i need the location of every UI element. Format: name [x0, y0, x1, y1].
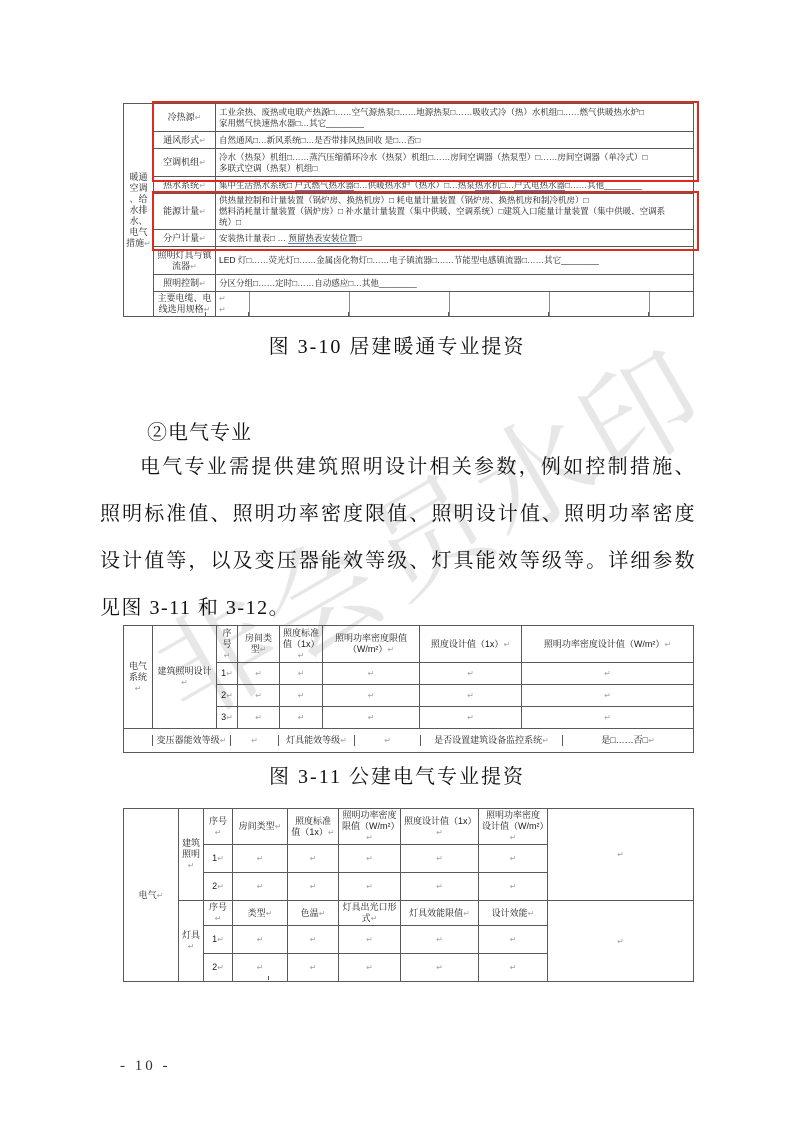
pilcrow-mark: ↵: [503, 640, 510, 649]
table-tick: [448, 312, 449, 316]
pilcrow-mark: ↵: [217, 854, 224, 863]
pilcrow-mark: ↵: [510, 935, 517, 944]
empty-cell: ↵: [323, 707, 420, 729]
public-electrical-table: 电气系统↵ 建筑照明设计↵ 序号↵ 房间类型↵ 照度标准值（1x）↵ 照明功率密…: [123, 625, 694, 753]
cell-line: 冷水（热泵）机组□……蒸汽压缩循环冷水（热泵）机组□……房间空调器（热泵型）□……: [219, 152, 690, 163]
table-tick: [248, 312, 249, 316]
empty-cell: ↵: [339, 873, 401, 901]
pilcrow-mark: ↵: [224, 651, 231, 660]
row-label-hot-water-system: 热水系统↵: [154, 177, 216, 194]
table-tick: [268, 976, 269, 980]
empty-cell: ↵: [339, 845, 401, 873]
table-tick: [205, 312, 206, 316]
cell-text: □…: [500, 180, 514, 190]
pilcrow-mark: ↵: [467, 691, 474, 700]
column-divider: [449, 292, 450, 316]
pilcrow-mark: ↵: [371, 914, 378, 923]
pilcrow-mark: ↵: [368, 669, 375, 678]
label-text: 灯具能效等级: [286, 735, 340, 746]
cell-line: 家用燃气快速热水器□…其它________: [219, 118, 690, 129]
empty-cell: ↵: [401, 845, 479, 873]
row-number-cell: 1↵: [217, 663, 238, 685]
bas-monitoring-options: 是□……否□↵: [562, 735, 693, 746]
header-text: 色温: [301, 908, 319, 918]
header-text: 照度标准值（1x）: [283, 628, 320, 649]
underlined-text: 户式燃气热水器: [295, 180, 355, 191]
building-lighting-section-label: 建筑照明↵: [179, 809, 204, 901]
header-illuminance-design: 照度设计值（1x）↵: [401, 809, 479, 845]
header-seq: 序号↵: [204, 901, 233, 926]
pilcrow-mark: ↵: [310, 963, 317, 972]
pilcrow-mark: ↵: [257, 882, 264, 891]
luminaire-section-label: 灯具↵: [179, 901, 204, 982]
caption-fig-3-10: 图 3-10 居建暖通专业提资: [0, 330, 794, 359]
pilcrow-mark: ↵: [436, 882, 443, 891]
empty-cell: ↵: [479, 954, 548, 982]
header-lpd-design: 照明功率密度设计值（W/m²）↵: [479, 809, 548, 845]
header-text: 照度设计值（1x）: [431, 639, 504, 649]
header-text: 灯具效能限值: [409, 908, 463, 918]
pilcrow-mark: ↵: [463, 909, 470, 918]
header-text: 照度标准值（1x）: [291, 816, 331, 837]
header-seq: 序号↵: [204, 809, 233, 845]
empty-cell: ↵: [548, 809, 694, 901]
pilcrow-mark: ↵: [366, 833, 373, 842]
pilcrow-mark: ↵: [217, 935, 224, 944]
pilcrow-mark: ↵: [255, 669, 262, 678]
header-room-type: 房间类型↵: [238, 626, 280, 663]
pilcrow-mark: ↵: [266, 909, 273, 918]
pilcrow-mark: ↵: [298, 691, 305, 700]
empty-cell: ↵: [288, 954, 339, 982]
pilcrow-mark: ↵: [226, 713, 233, 722]
row-number-cell: 3↵: [217, 707, 238, 729]
pilcrow-mark: ↵: [260, 645, 267, 654]
cell-household-metering: 安装热计量表□ … 预留热表安装位置□: [216, 230, 694, 247]
empty-cell: ↵: [238, 707, 280, 729]
row-label-ac-unit: 空调机组↵: [154, 149, 216, 177]
header-text: 序号: [209, 902, 227, 912]
pilcrow-mark: ↵: [217, 963, 224, 972]
empty-cell: ↵: [548, 901, 694, 982]
pilcrow-mark: ↵: [436, 963, 443, 972]
pilcrow-mark: ↵: [366, 963, 373, 972]
row-number-cell: 1↵: [204, 926, 233, 954]
elec-system-group-label: 电气系统↵: [124, 626, 153, 729]
cell-lighting-control: 分区分组□……定时□……自动感应□…其他________: [216, 275, 694, 292]
empty-cell: ↵: [238, 663, 280, 685]
header-room-type: 房间类型↵: [233, 809, 288, 845]
empty-cell: ↵: [280, 707, 323, 729]
pilcrow-mark: ↵: [528, 909, 535, 918]
empty-cell: ↵: [339, 954, 401, 982]
pilcrow-mark: ↵: [199, 207, 206, 216]
label-text: 是否设置建筑设备监控系统: [434, 735, 542, 746]
row-label-household-metering: 分户计量↵: [154, 230, 216, 247]
header-text: 序号: [222, 628, 231, 649]
cell-lighting-ballast: LED 灯□……荧光灯□……金属卤化物灯□……电子镇流器□……节能型电感镇流器□…: [216, 247, 694, 275]
pilcrow-mark: ↵: [542, 735, 549, 746]
empty-cell: ↵: [401, 954, 479, 982]
header-text: 照明功率密度限值（W/m²）: [335, 633, 407, 654]
header-design-efficacy: 设计效能↵: [479, 901, 548, 926]
pilcrow-mark: ↵: [366, 854, 373, 863]
header-text: 类型: [248, 908, 266, 918]
section-label-text: 建筑照明: [182, 838, 200, 859]
section-label-text: 灯具: [182, 930, 200, 940]
pilcrow-mark: ↵: [190, 262, 197, 271]
pilcrow-mark: ↵: [510, 854, 517, 863]
header-illuminance-standard: 照度标准值（1x）↵: [288, 809, 339, 845]
pilcrow-mark: ↵: [255, 691, 262, 700]
empty-cell: ↵: [280, 685, 323, 707]
empty-cell: ↵: [420, 685, 522, 707]
cell-text: □……其他________: [565, 180, 642, 190]
table-tick: [348, 312, 349, 316]
header-text: 照明功率密度设计值（W/m²）: [482, 810, 549, 831]
empty-cell: ↵: [233, 845, 288, 873]
table-tick: [648, 312, 649, 316]
pilcrow-mark: ↵: [368, 691, 375, 700]
pilcrow-mark: ↵: [219, 294, 226, 303]
cell-line: 分区分组□……定时□……自动感应□…其他________: [219, 278, 690, 289]
header-color-temp: 色温↵: [288, 901, 339, 926]
cell-ventilation: 自然通风□…新风系统□…是否带排风热回收 是□…否□: [216, 132, 694, 149]
pilcrow-mark: ↵: [664, 640, 671, 649]
pilcrow-mark: ↵: [144, 239, 151, 248]
pilcrow-mark: ↵: [255, 713, 262, 722]
document-page: 非会员水印 暖通空调、给水排水、电气措施↵ 冷热源↵ 工业余热、废热或电联产热源…: [0, 0, 794, 1123]
row-number-cell: 2↵: [217, 685, 238, 707]
row-label-text: 热水系统: [163, 180, 199, 190]
pilcrow-mark: ↵: [648, 735, 655, 746]
cell-line: LED 灯□……荧光灯□……金属卤化物灯□……电子镇流器□……节能型电感镇流器□…: [219, 255, 690, 266]
pilcrow-mark: ↵: [181, 678, 188, 687]
header-lpd-limit: 照明功率密度限值（W/m²）↵: [339, 809, 401, 845]
empty-cell: ↵: [401, 873, 479, 901]
pilcrow-mark: ↵: [436, 935, 443, 944]
pilcrow-mark: ↵: [384, 735, 391, 746]
pilcrow-mark: ↵: [251, 735, 258, 746]
pilcrow-mark: ↵: [617, 850, 624, 859]
pilcrow-mark: ↵: [219, 305, 226, 314]
row-label-text: 照明控制: [163, 278, 199, 288]
cell-text: □: [356, 233, 361, 243]
hvac-group-label-text: 暖通空调、给水排水、电气措施: [126, 172, 147, 248]
hvac-group-label: 暖通空调、给水排水、电气措施↵: [124, 104, 154, 317]
column-divider: [549, 292, 550, 316]
row-label-text: 冷热源: [168, 112, 195, 122]
header-text: 设计效能: [492, 908, 528, 918]
pilcrow-mark: ↵: [467, 669, 474, 678]
empty-cell: ↵: [401, 926, 479, 954]
empty-cell: ↵: [522, 685, 694, 707]
pilcrow-mark: ↵: [257, 854, 264, 863]
row-label-text: 通风形式: [163, 135, 199, 145]
pilcrow-mark: ↵: [199, 279, 206, 288]
header-text: 房间类型: [245, 633, 272, 654]
pilcrow-mark: ↵: [319, 909, 326, 918]
checkbox-options-text: 是□……否□: [601, 735, 648, 746]
pilcrow-mark: ↵: [135, 684, 142, 693]
pilcrow-mark: ↵: [310, 854, 317, 863]
empty-cell: ↵: [479, 926, 548, 954]
pilcrow-mark: ↵: [467, 713, 474, 722]
cell-energy-metering: 供热量控制和计量装置（锅炉房、换热机房）□ 耗电量计量装置（锅炉房、换热机房和制…: [216, 194, 694, 230]
pilcrow-mark: ↵: [217, 882, 224, 891]
pilcrow-mark: ↵: [226, 669, 233, 678]
header-text: 照度设计值（1x）: [404, 816, 477, 826]
pilcrow-mark: ↵: [510, 882, 517, 891]
cell-text: 集中生活热水系统□: [219, 180, 295, 190]
electrical-group-label: 电气↵: [124, 809, 179, 982]
empty-cell: ↵: [233, 954, 288, 982]
header-text: 房间类型: [239, 821, 275, 831]
empty-cell: ↵: [233, 873, 288, 901]
pilcrow-mark: ↵: [617, 937, 624, 946]
column-divider: [349, 292, 350, 316]
label-text: 变压器能效等级: [157, 735, 220, 746]
pilcrow-mark: ↵: [188, 942, 195, 951]
pilcrow-mark: ↵: [215, 914, 222, 923]
header-text: 灯具出光口形式: [342, 902, 396, 923]
cell-line: 统）□: [219, 217, 690, 228]
group-label-text: 电气系统: [129, 661, 147, 682]
underlined-text: 热水机: [475, 180, 501, 191]
pilcrow-mark: ↵: [199, 158, 206, 167]
header-efficacy-limit: 灯具效能限值↵: [401, 901, 479, 926]
pilcrow-mark: ↵: [310, 882, 317, 891]
pilcrow-mark: ↵: [226, 691, 233, 700]
empty-cell: ↵: [420, 663, 522, 685]
row-label-lighting-control: 照明控制↵: [154, 275, 216, 292]
table-tick: [178, 976, 179, 980]
section-heading: ②电气专业: [147, 416, 252, 445]
pilcrow-mark: ↵: [195, 113, 202, 122]
cell-cold-heat-source: 工业余热、废热或电联产热源□……空气源热泵□……地源热泵□……吸收式冷（热）水机…: [216, 104, 694, 132]
transformer-efficiency-label: 变压器能效等级↵: [152, 735, 230, 746]
header-lpd-design: 照明功率密度设计值（W/m²）↵: [522, 626, 694, 663]
empty-cell: ↵: [323, 663, 420, 685]
pilcrow-mark: ↵: [298, 669, 305, 678]
pilcrow-mark: ↵: [340, 735, 347, 746]
empty-cell: ↵: [280, 663, 323, 685]
row-group-text: 建筑照明设计: [157, 666, 211, 676]
cell-line: 自然通风□…新风系统□…是否带排风热回收 是□…否□: [219, 135, 690, 146]
pilcrow-mark: ↵: [387, 645, 394, 654]
pilcrow-mark: ↵: [220, 735, 227, 746]
row-label-text: 照明灯具与镇流器: [157, 250, 211, 271]
underlined-text: 户式电热水器: [514, 180, 565, 191]
row-label-lighting-ballast: 照明灯具与镇流器↵: [154, 247, 216, 275]
pilcrow-mark: ↵: [298, 713, 305, 722]
pilcrow-mark: ↵: [215, 828, 222, 837]
cell-line: 供热量控制和计量装置（锅炉房、换热机房）□ 耗电量计量装置（锅炉房、换热机房和制…: [219, 195, 690, 206]
pilcrow-mark: ↵: [310, 935, 317, 944]
building-lighting-design-label: 建筑照明设计↵: [153, 626, 217, 729]
electrical-table: 电气↵ 建筑照明↵ 序号↵ 房间类型↵ 照度标准值（1x）↵ 照明功率密度限值（…: [123, 808, 694, 982]
pilcrow-mark: ↵: [328, 828, 335, 837]
underlined-text: 预留热表安装位置: [288, 233, 356, 244]
pilcrow-mark: ↵: [436, 828, 443, 837]
header-illuminance-design: 照度设计值（1x）↵: [420, 626, 522, 663]
hvac-measures-table: 暖通空调、给水排水、电气措施↵ 冷热源↵ 工业余热、废热或电联产热源□……空气源…: [123, 103, 694, 317]
pilcrow-mark: ↵: [199, 181, 206, 190]
row-label-text: 分户计量: [163, 233, 199, 243]
empty-cell: ↵: [238, 685, 280, 707]
body-paragraph: 电气专业需提供建筑照明设计相关参数，例如控制措施、照明标准值、照明功率密度限值、…: [100, 444, 696, 632]
row-label-cable-spec: 主要电缆、电线选用规格↵: [154, 292, 216, 317]
pilcrow-mark: ↵: [510, 833, 517, 842]
empty-cell: ↵: [354, 735, 420, 746]
header-illuminance-standard: 照度标准值（1x）↵: [280, 626, 323, 663]
row-number-cell: 2↵: [204, 954, 233, 982]
header-type: 类型↵: [233, 901, 288, 926]
group-label-text: 电气: [139, 890, 157, 900]
pilcrow-mark: ↵: [199, 136, 206, 145]
pilcrow-mark: ↵: [436, 854, 443, 863]
pilcrow-mark: ↵: [604, 691, 611, 700]
row-label-ventilation: 通风形式↵: [154, 132, 216, 149]
pilcrow-mark: ↵: [257, 935, 264, 944]
row-label-text: 能源计量: [163, 206, 199, 216]
pilcrow-mark: ↵: [366, 935, 373, 944]
empty-cell: ↵: [288, 873, 339, 901]
pilcrow-mark: ↵: [604, 669, 611, 678]
page-number: - 10 -: [120, 1058, 171, 1075]
cell-text: □…供暖热水炉（热水）□…热泵: [354, 180, 475, 190]
empty-cell: ↵: [522, 707, 694, 729]
bas-monitoring-label: 是否设置建筑设备监控系统↵: [420, 735, 562, 746]
cell-cable-spec: ↵ ↵: [216, 292, 694, 317]
table-tick: [548, 312, 549, 316]
energy-efficiency-row: 变压器能效等级↵ ↵ 灯具能效等级↵ ↵ 是否设置建筑设备监控系统↵ 是□……否…: [124, 729, 694, 753]
header-text: 序号: [209, 816, 227, 826]
pilcrow-mark: ↵: [275, 822, 282, 831]
cell-ac-unit: 冷水（热泵）机组□……蒸汽压缩循环冷水（热泵）机组□……房间空调器（热泵型）□……: [216, 149, 694, 177]
pilcrow-mark: ↵: [157, 891, 164, 900]
row-label-energy-metering: 能源计量↵: [154, 194, 216, 230]
header-text: 照明功率密度设计值（W/m²）: [544, 639, 665, 649]
empty-cell: ↵: [420, 707, 522, 729]
cell-line: 工业余热、废热或电联产热源□……空气源热泵□……地源热泵□……吸收式冷（热）水机…: [219, 107, 690, 118]
empty-cell: ↵: [323, 685, 420, 707]
empty-cell: ↵: [522, 663, 694, 685]
empty-cell: ↵: [479, 873, 548, 901]
empty-cell: ↵: [479, 845, 548, 873]
cell-line: 多联式空调（热泵）机组□: [219, 163, 690, 174]
header-lpd-limit: 照明功率密度限值（W/m²）↵: [323, 626, 420, 663]
column-divider: [649, 292, 650, 316]
pilcrow-mark: ↵: [368, 713, 375, 722]
pilcrow-mark: ↵: [510, 963, 517, 972]
cell-hot-water-system: 集中生活热水系统□ 户式燃气热水器□…供暖热水炉（热水）□…热泵热水机□…户式电…: [216, 177, 694, 194]
caption-fig-3-11: 图 3-11 公建电气专业提资: [0, 760, 794, 789]
empty-cell: ↵: [230, 735, 278, 746]
pilcrow-mark: ↵: [188, 861, 195, 870]
header-seq: 序号↵: [217, 626, 238, 663]
pilcrow-mark: ↵: [604, 713, 611, 722]
pilcrow-mark: ↵: [366, 882, 373, 891]
luminaire-efficiency-label: 灯具能效等级↵: [278, 735, 354, 746]
pilcrow-mark: ↵: [257, 963, 264, 972]
header-text: 照明功率密度限值（W/m²）: [342, 810, 400, 831]
empty-cell: ↵: [288, 926, 339, 954]
pilcrow-mark: ↵: [298, 651, 305, 660]
header-light-outlet-form: 灯具出光口形式↵: [339, 901, 401, 926]
empty-cell: ↵: [233, 926, 288, 954]
empty-cell: ↵: [288, 845, 339, 873]
row-label-cold-heat-source: 冷热源↵: [154, 104, 216, 132]
row-label-text: 空调机组: [163, 157, 199, 167]
pilcrow-mark: ↵: [199, 234, 206, 243]
column-divider: [249, 292, 250, 316]
empty-cell: ↵: [339, 926, 401, 954]
row-number-cell: 1↵: [204, 845, 233, 873]
cell-line: 燃料消耗量计量装置（锅炉房）□ 补水量计量装置（集中供暖、空调系统）□建筑入口能…: [219, 206, 690, 217]
row-number-cell: 2↵: [204, 873, 233, 901]
cell-text: 安装热计量表□ …: [219, 233, 288, 243]
